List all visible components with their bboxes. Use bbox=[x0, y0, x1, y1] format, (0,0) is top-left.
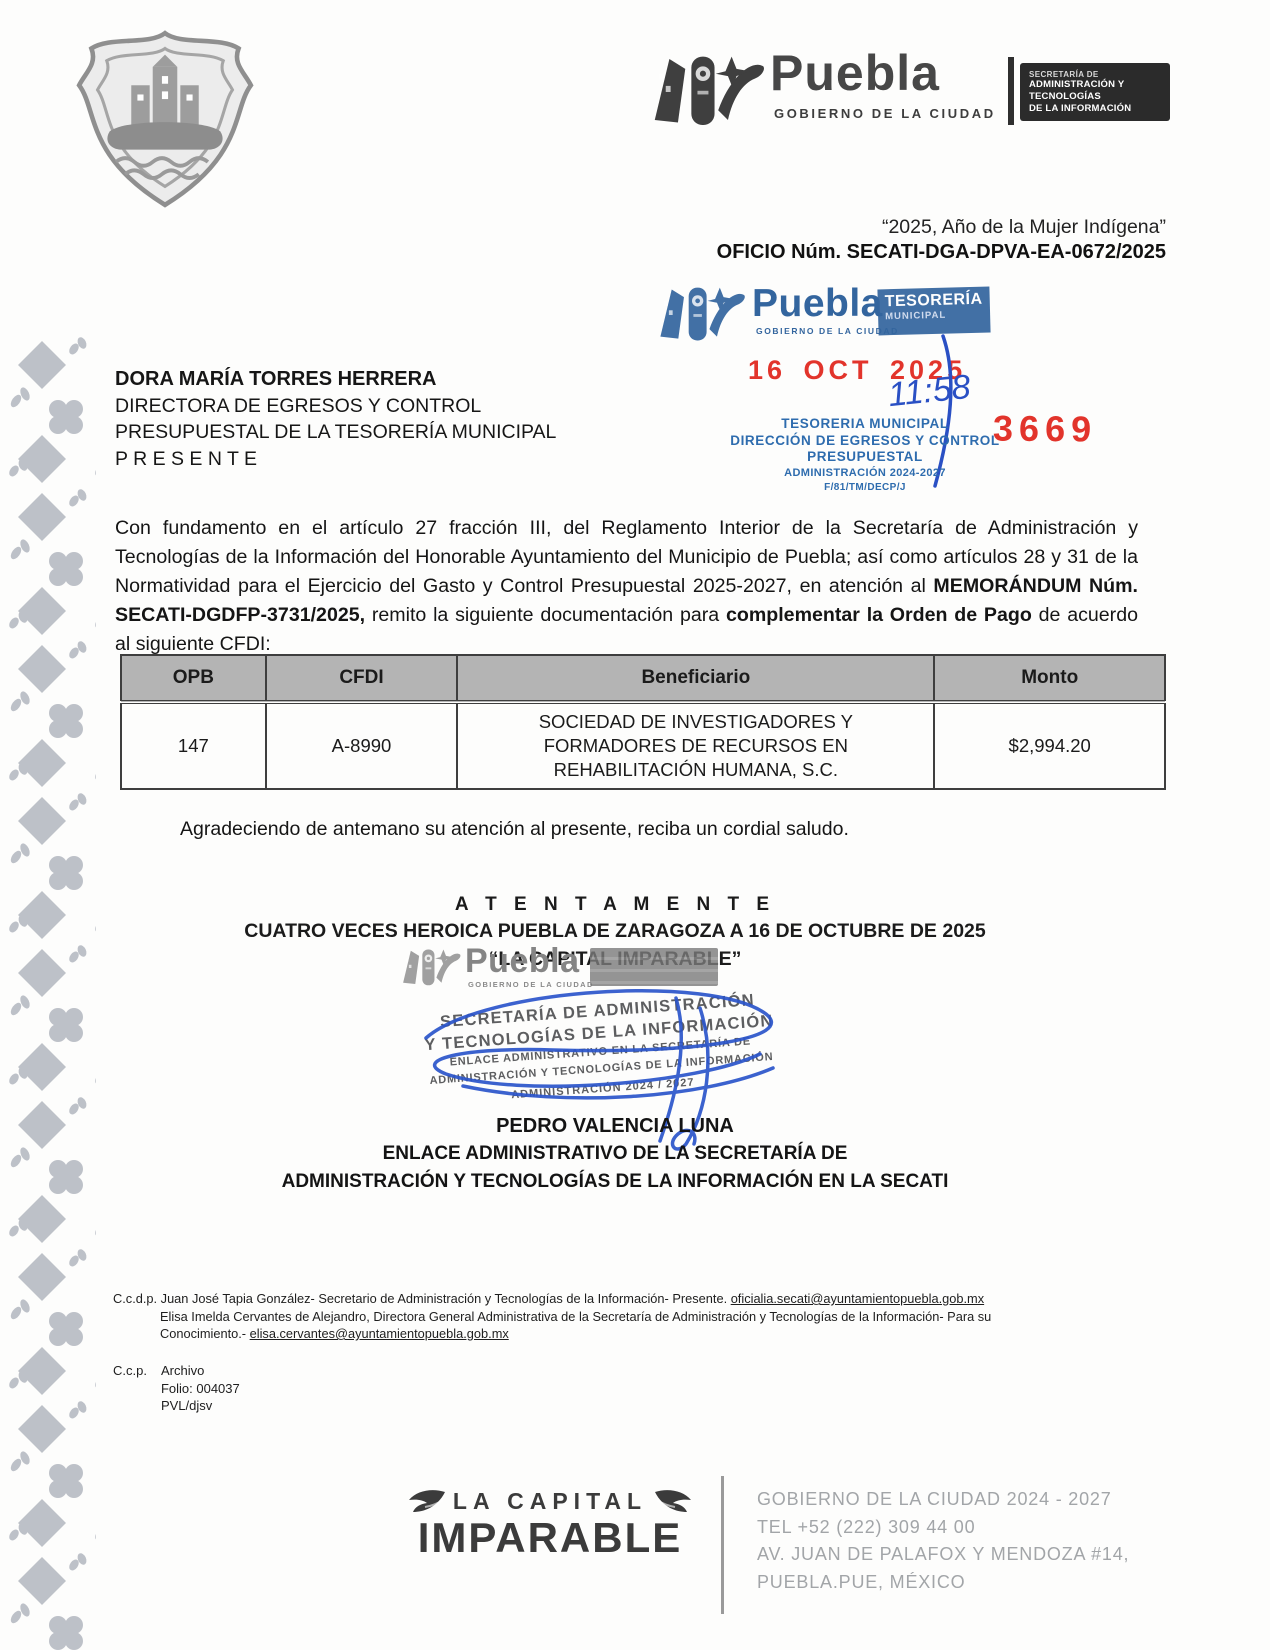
ccp-item: PVL/djsv bbox=[161, 1397, 240, 1415]
footer-brand-bottom: IMPARABLE bbox=[390, 1516, 710, 1560]
addressee-block: DORA MARÍA TORRES HERRERA DIRECTORA DE E… bbox=[115, 366, 556, 472]
document-page: Puebla GOBIERNO DE LA CIUDAD SECRETARÍA … bbox=[0, 0, 1270, 1650]
stamp-line: F/81/TM/DECP/J bbox=[690, 481, 1040, 494]
cfdi-table: OPB CFDI Beneficiario Monto 147 A-8990 S… bbox=[120, 654, 1166, 790]
cell-cfdi: A-8990 bbox=[266, 702, 458, 789]
ccdp-label: C.c.d.p. bbox=[113, 1291, 157, 1306]
cell-opb: 147 bbox=[121, 702, 266, 789]
ccdp-line1: C.c.d.p. Juan José Tapia González- Secre… bbox=[113, 1290, 1183, 1308]
addressee-name: DORA MARÍA TORRES HERRERA bbox=[115, 366, 556, 393]
ccdp-email-link: elisa.cervantes@ayuntamientopuebla.gob.m… bbox=[250, 1326, 509, 1341]
beneficiario-line: REHABILITACIÓN HUMANA, S.C. bbox=[459, 758, 932, 782]
ccdp-text: Juan José Tapia González- Secretario de … bbox=[161, 1291, 731, 1306]
signer-block: PEDRO VALENCIA LUNA ENLACE ADMINISTRATIV… bbox=[85, 1112, 1145, 1196]
cell-monto: $2,994.20 bbox=[934, 702, 1165, 789]
tesoreria-stamp-text: TESORERIA MUNICIPAL DIRECCIÓN DE EGRESOS… bbox=[690, 416, 1040, 494]
stamp-line: TESORERIA MUNICIPAL bbox=[690, 416, 1040, 433]
tesoreria-badge-line2: MUNICIPAL bbox=[885, 309, 983, 323]
addressee-title-line: DIRECTORA DE EGRESOS Y CONTROL bbox=[115, 393, 556, 420]
ccdp-text: Conocimiento.- bbox=[160, 1326, 250, 1341]
left-wing-icon bbox=[407, 1486, 447, 1516]
beneficiario-line: FORMADORES DE RECURSOS EN bbox=[459, 734, 932, 758]
secretaria-badge: SECRETARÍA DE ADMINISTRACIÓN Y TECNOLOGÍ… bbox=[1020, 63, 1170, 121]
table-header-row: OPB CFDI Beneficiario Monto bbox=[121, 655, 1165, 702]
signer-title-line: ENLACE ADMINISTRATIVO DE LA SECRETARÍA D… bbox=[85, 1140, 1145, 1168]
beneficiario-line: SOCIEDAD DE INVESTIGADORES Y bbox=[459, 710, 932, 734]
stamp-line: PRESUPUESTAL bbox=[690, 449, 1040, 466]
orden-de-pago-emphasis: complementar la Orden de Pago bbox=[726, 604, 1032, 626]
col-header-monto: Monto bbox=[934, 655, 1165, 702]
body-text: remito la siguiente documentación para bbox=[365, 604, 726, 626]
tesoreria-stamp-wordmark: Puebla bbox=[752, 282, 883, 326]
ccp-block: C.c.p. Archivo Folio: 004037 PVL/djsv bbox=[113, 1362, 240, 1415]
ccp-item: Folio: 004037 bbox=[161, 1380, 240, 1398]
closing-courtesy-line: Agradeciendo de antemano su atención al … bbox=[180, 818, 849, 841]
cell-beneficiario: SOCIEDAD DE INVESTIGADORES Y FORMADORES … bbox=[457, 702, 934, 789]
gobierno-subtitle: GOBIERNO DE LA CIUDAD bbox=[774, 106, 996, 121]
col-header-opb: OPB bbox=[121, 655, 266, 702]
right-wing-icon bbox=[653, 1486, 693, 1516]
secretaria-badge-line3: DE LA INFORMACIÓN bbox=[1029, 103, 1161, 115]
footer-info-line: GOBIERNO DE LA CIUDAD 2024 - 2027 bbox=[757, 1486, 1129, 1514]
left-border-pattern bbox=[4, 335, 96, 1650]
footer-brand-top: LA CAPITAL bbox=[453, 1488, 647, 1515]
tesoreria-stamp-logo-icon bbox=[650, 282, 750, 348]
ccdp-block: C.c.d.p. Juan José Tapia González- Secre… bbox=[113, 1290, 1183, 1343]
signer-name: PEDRO VALENCIA LUNA bbox=[85, 1112, 1145, 1140]
footer-info-line: TEL +52 (222) 309 44 00 bbox=[757, 1514, 1129, 1542]
ccp-label: C.c.p. bbox=[113, 1362, 147, 1415]
stamp-line: DIRECCIÓN DE EGRESOS Y CONTROL bbox=[690, 433, 1040, 450]
col-header-cfdi: CFDI bbox=[266, 655, 458, 702]
puebla-wordmark: Puebla bbox=[770, 44, 940, 102]
addressee-presente: P R E S E N T E bbox=[115, 446, 556, 473]
col-header-beneficiario: Beneficiario bbox=[457, 655, 934, 702]
footer-info-line: AV. JUAN DE PALAFOX Y MENDOZA #14, bbox=[757, 1541, 1129, 1569]
header-divider-bar bbox=[1008, 57, 1014, 125]
footer-divider bbox=[721, 1476, 724, 1614]
oficio-number: OFICIO Núm. SECATI-DGA-DPVA-EA-0672/2025 bbox=[717, 241, 1166, 264]
footer-contact-info: GOBIERNO DE LA CIUDAD 2024 - 2027 TEL +5… bbox=[757, 1486, 1129, 1596]
signer-title-line: ADMINISTRACIÓN Y TECNOLOGÍAS DE LA INFOR… bbox=[85, 1168, 1145, 1196]
puebla-logo-icon bbox=[645, 46, 767, 138]
tesoreria-stamp-subtitle: GOBIERNO DE LA CIUDAD bbox=[756, 326, 899, 336]
ccp-item: Archivo bbox=[161, 1362, 240, 1380]
table-row: 147 A-8990 SOCIEDAD DE INVESTIGADORES Y … bbox=[121, 702, 1165, 789]
secretaria-badge-line2: ADMINISTRACIÓN Y TECNOLOGÍAS bbox=[1029, 79, 1161, 103]
body-paragraph: Con fundamento en el artículo 27 fracció… bbox=[115, 514, 1138, 659]
ccdp-line2: Elisa Imelda Cervantes de Alejandro, Dir… bbox=[160, 1308, 1183, 1326]
year-motto: “2025, Año de la Mujer Indígena” bbox=[882, 216, 1166, 239]
addressee-title-line: PRESUPUESTAL DE LA TESORERÍA MUNICIPAL bbox=[115, 419, 556, 446]
ccdp-line3: Conocimiento.- elisa.cervantes@ayuntamie… bbox=[160, 1325, 1183, 1343]
footer-brand: LA CAPITAL IMPARABLE bbox=[390, 1486, 710, 1560]
footer-info-line: PUEBLA.PUE, MÉXICO bbox=[757, 1569, 1129, 1597]
ccdp-email-link: oficialia.secati@ayuntamientopuebla.gob.… bbox=[731, 1291, 984, 1306]
atentamente-line: A T E N T A M E N T E bbox=[85, 894, 1145, 916]
folio-number-stamp: 3669 bbox=[993, 408, 1097, 451]
secretaria-badge-line1: SECRETARÍA DE bbox=[1029, 70, 1161, 79]
city-crest-icon bbox=[73, 26, 257, 212]
stamp-line: ADMINISTRACIÓN 2024-2027 bbox=[690, 466, 1040, 481]
